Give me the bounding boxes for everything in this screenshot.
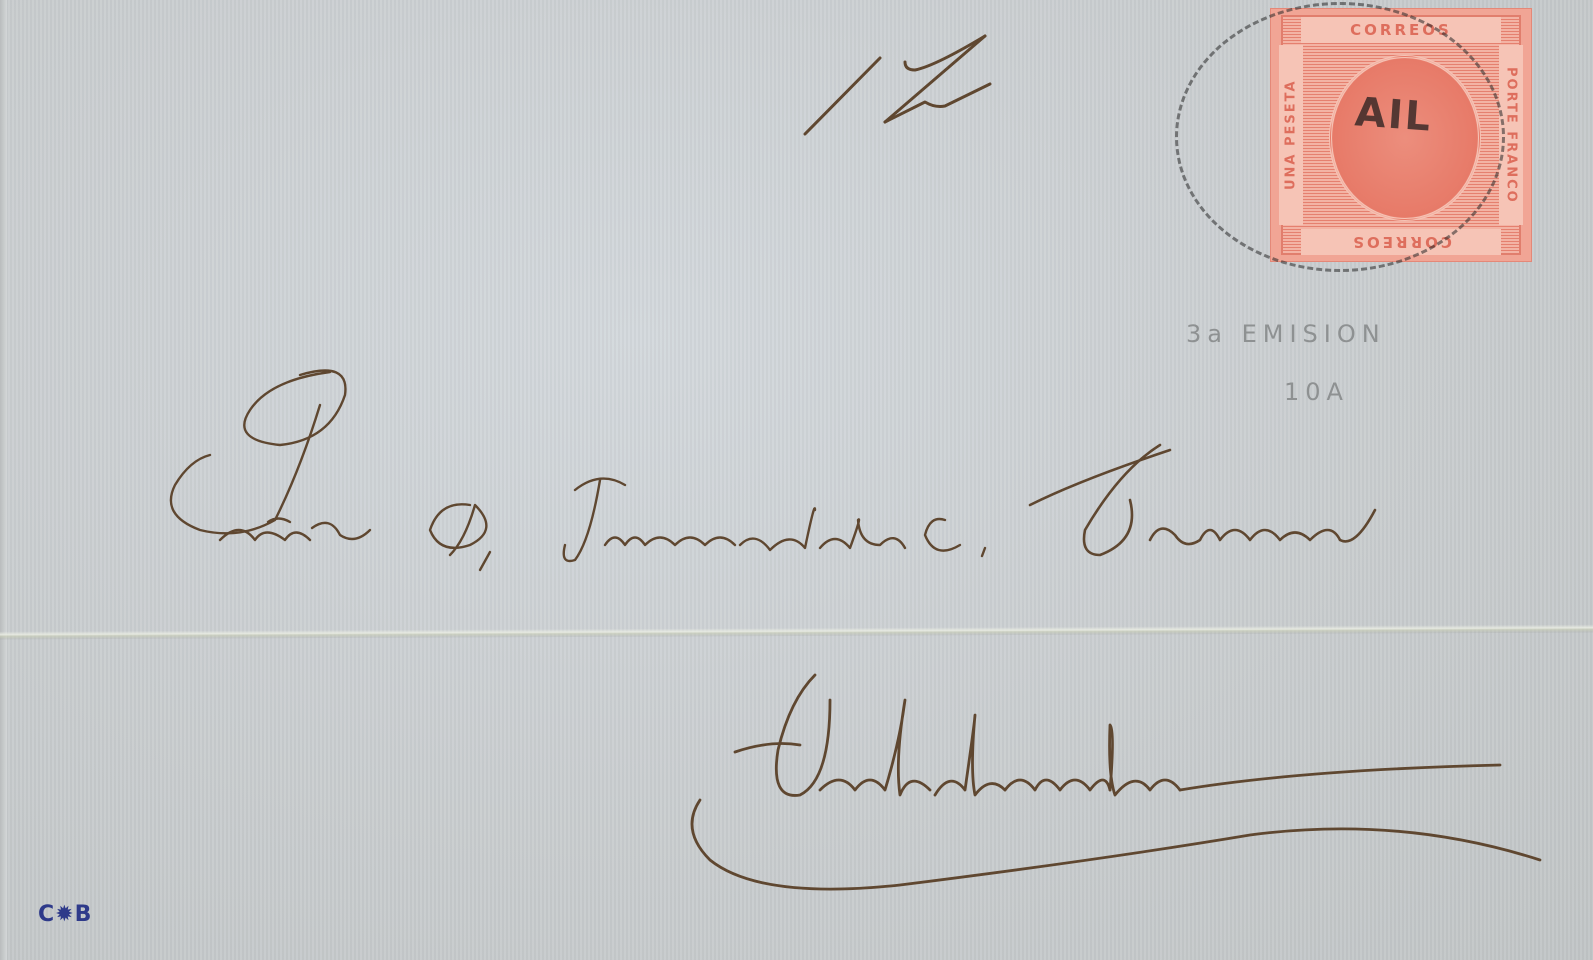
postmark-circle [1175, 2, 1505, 272]
rate-marking-strokes [805, 36, 990, 134]
collector-mark: C✹B [38, 902, 92, 927]
postal-cover: CORREOS UNA PESETA PORTE FRANCO CORREOS … [0, 0, 1593, 960]
torres-strokes [1030, 445, 1375, 555]
pencil-note-emision: 3a EMISION [1186, 320, 1386, 348]
collector-mark-left: C [38, 902, 55, 927]
postmark-text: AIL [1353, 89, 1433, 140]
collector-mark-right: B [75, 902, 93, 927]
pencil-note-catalog: 10A [1284, 378, 1349, 406]
gear-icon: ✹ [55, 902, 74, 927]
